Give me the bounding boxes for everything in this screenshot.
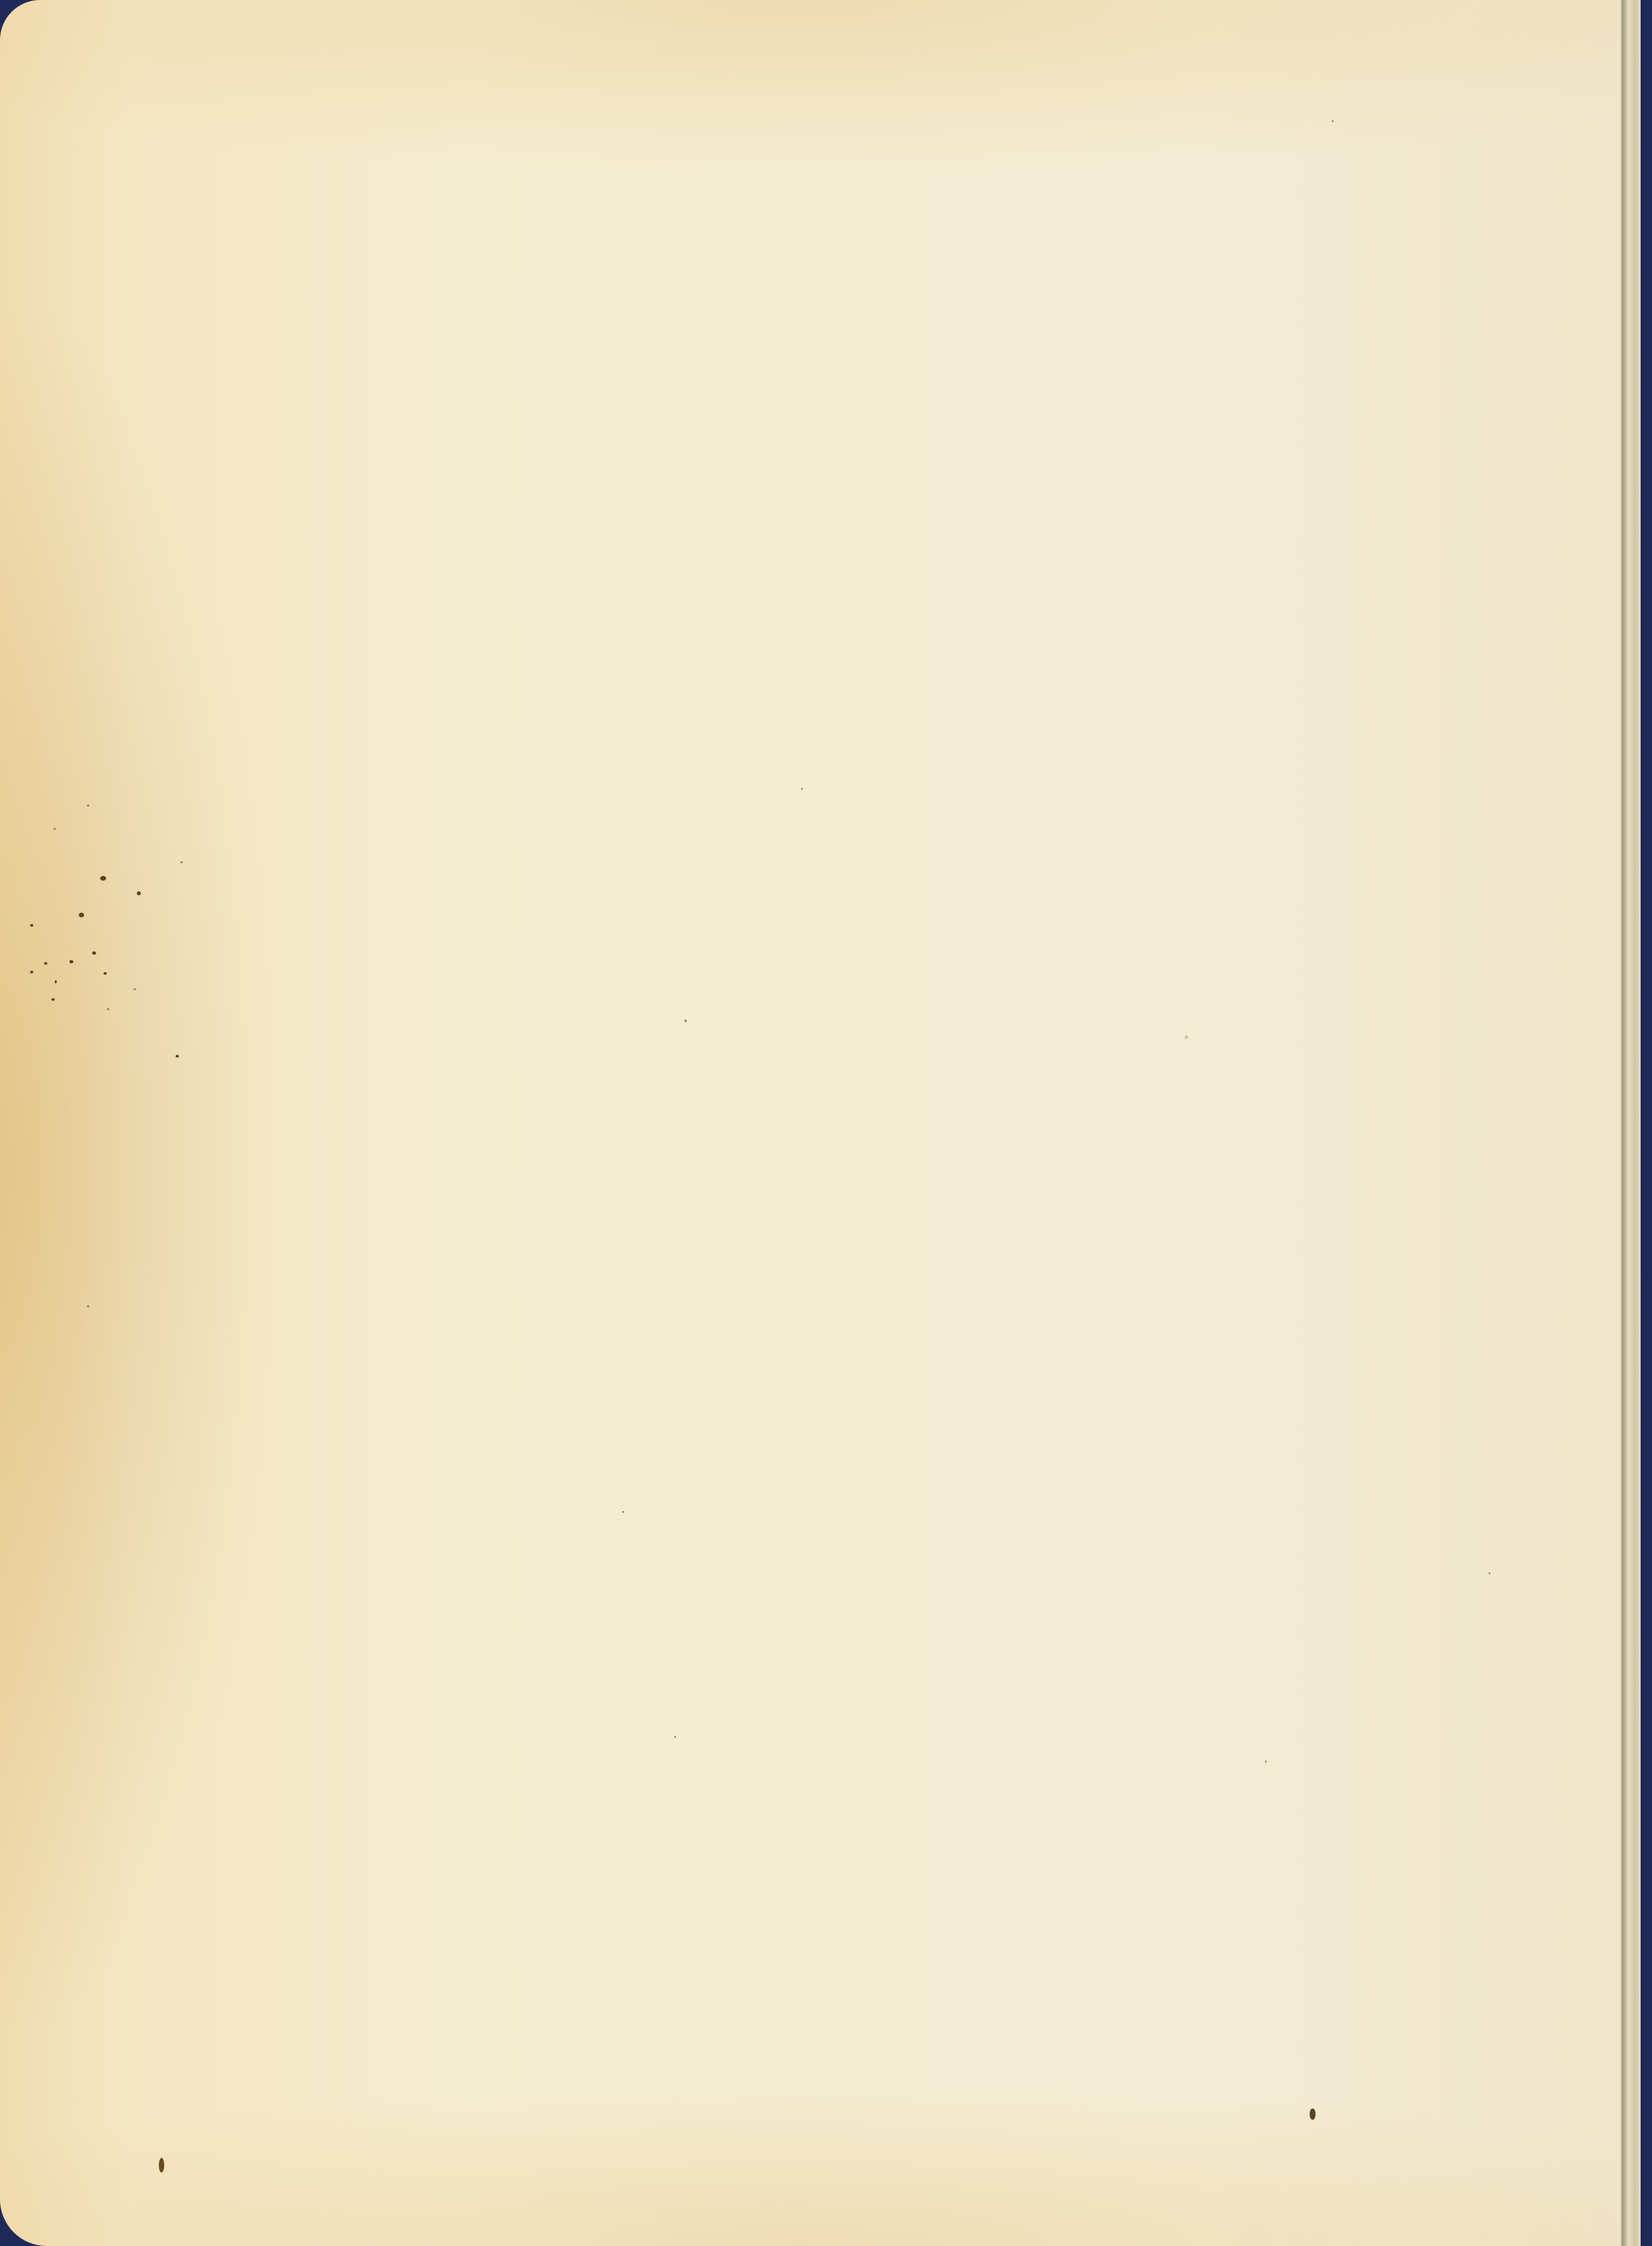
foxing-spot xyxy=(51,998,55,1001)
foxing-spot xyxy=(30,971,33,973)
paper-speck xyxy=(801,788,803,790)
foxing-spot xyxy=(176,1055,179,1058)
foxing-spot xyxy=(55,980,57,983)
foxing-speckle xyxy=(180,861,183,863)
foxing-spot xyxy=(69,960,73,963)
paper-speck xyxy=(622,1511,624,1513)
foxing-spot xyxy=(137,891,141,895)
foxing-speckle xyxy=(53,828,56,830)
foxing-spot xyxy=(30,924,33,927)
foxing-speckle xyxy=(87,805,89,807)
paper-speck xyxy=(674,1736,676,1738)
foxing-spot xyxy=(44,962,47,965)
foxing-speckle xyxy=(107,1008,109,1010)
foxing-spot xyxy=(159,2158,164,2173)
foxing-spot xyxy=(103,972,107,975)
paper-speck xyxy=(1488,1572,1490,1574)
foxing-spot xyxy=(92,951,96,955)
paper-speck xyxy=(1265,1761,1267,1763)
foxing-spot xyxy=(100,876,106,881)
spine-edge xyxy=(1621,0,1641,2246)
paper-speck xyxy=(684,1020,687,1022)
foxing-speckle xyxy=(87,1305,89,1307)
foxing-spot xyxy=(1310,2108,1316,2120)
paper-speck xyxy=(1332,120,1334,122)
blank-page xyxy=(0,0,1641,2246)
paper-speck xyxy=(1185,1036,1188,1039)
foxing-spot xyxy=(79,913,84,917)
foxing-speckle xyxy=(133,988,136,990)
